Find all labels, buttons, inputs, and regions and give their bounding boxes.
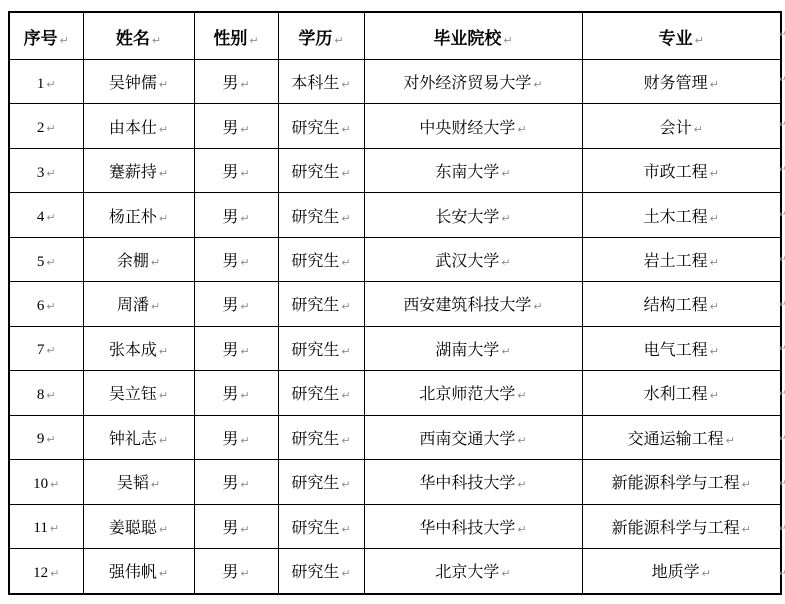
- header-cell-school: 毕业院校↵: [364, 12, 582, 60]
- cell-value: 岩土工程: [644, 253, 708, 270]
- paragraph-mark-icon: ↵: [334, 34, 343, 47]
- table-row: 8↵吴立钰↵男↵研究生↵北京师范大学↵水利工程↵: [9, 371, 781, 415]
- paragraph-mark-icon: ↵: [249, 34, 258, 47]
- cell-value: 蹇薪持: [109, 164, 157, 181]
- row-end-mark-icon: ↵: [779, 569, 785, 579]
- cell-value: 华中科技大学: [419, 520, 515, 537]
- cell-school: 中央财经大学↵: [364, 104, 582, 148]
- cell-value: 男: [222, 564, 238, 581]
- graduates-table: 序号↵姓名↵性别↵学历↵毕业院校↵专业↵ 1↵吴钟儒↵男↵本科生↵对外经济贸易大…: [8, 11, 782, 595]
- paragraph-mark-icon: ↵: [501, 345, 510, 358]
- paragraph-mark-icon: ↵: [46, 167, 55, 180]
- paragraph-mark-icon: ↵: [50, 522, 59, 535]
- cell-school: 长安大学↵: [364, 193, 582, 237]
- paragraph-mark-icon: ↵: [710, 256, 719, 269]
- paragraph-mark-icon: ↵: [46, 256, 55, 269]
- cell-value: 东南大学: [435, 164, 499, 181]
- paragraph-mark-icon: ↵: [702, 567, 711, 580]
- cell-school: 对外经济贸易大学↵: [364, 60, 582, 104]
- cell-degree: 研究生↵: [278, 460, 364, 504]
- cell-degree: 研究生↵: [278, 548, 364, 594]
- cell-index: 11↵: [9, 504, 83, 548]
- paragraph-mark-icon: ↵: [151, 478, 160, 491]
- cell-value: 吴立钰: [109, 386, 157, 403]
- cell-value: 对外经济贸易大学: [403, 75, 531, 92]
- header-label-index: 序号: [24, 29, 58, 48]
- cell-value: 北京师范大学: [419, 386, 515, 403]
- cell-value: 8: [37, 387, 45, 403]
- paragraph-mark-icon: ↵: [159, 523, 168, 536]
- cell-name: 钟礼志↵: [83, 415, 194, 459]
- cell-value: 5: [37, 254, 45, 270]
- paragraph-mark-icon: ↵: [341, 389, 350, 402]
- cell-value: 市政工程: [644, 164, 708, 181]
- cell-value: 余棚: [117, 253, 149, 270]
- cell-name: 张本成↵: [83, 326, 194, 370]
- cell-value: 西安建筑科技大学: [403, 297, 531, 314]
- cell-gender: 男↵: [194, 282, 278, 326]
- cell-degree: 研究生↵: [278, 282, 364, 326]
- cell-value: 12: [33, 565, 48, 581]
- cell-school: 华中科技大学↵: [364, 460, 582, 504]
- cell-school: 湖南大学↵: [364, 326, 582, 370]
- paragraph-mark-icon: ↵: [710, 300, 719, 313]
- cell-value: 男: [222, 164, 238, 181]
- cell-gender: 男↵: [194, 371, 278, 415]
- row-end-mark-icon: ↵: [779, 30, 785, 40]
- paragraph-mark-icon: ↵: [159, 567, 168, 580]
- paragraph-mark-icon: ↵: [501, 567, 510, 580]
- table-row: 1↵吴钟儒↵男↵本科生↵对外经济贸易大学↵财务管理↵: [9, 60, 781, 104]
- row-end-mark-icon: ↵: [779, 120, 785, 130]
- cell-value: 研究生: [291, 520, 339, 537]
- paragraph-mark-icon: ↵: [341, 434, 350, 447]
- table-row: 12↵强伟帆↵男↵研究生↵北京大学↵地质学↵: [9, 548, 781, 594]
- cell-value: 北京大学: [435, 564, 499, 581]
- paragraph-mark-icon: ↵: [517, 478, 526, 491]
- cell-value: 会计: [660, 120, 692, 137]
- cell-value: 湖南大学: [435, 342, 499, 359]
- paragraph-mark-icon: ↵: [710, 167, 719, 180]
- cell-value: 男: [222, 431, 238, 448]
- cell-value: 男: [222, 297, 238, 314]
- cell-value: 男: [222, 75, 238, 92]
- cell-degree: 研究生↵: [278, 193, 364, 237]
- cell-index: 10↵: [9, 460, 83, 504]
- table-body: 1↵吴钟儒↵男↵本科生↵对外经济贸易大学↵财务管理↵2↵由本仕↵男↵研究生↵中央…: [9, 60, 781, 595]
- cell-index: 3↵: [9, 148, 83, 192]
- cell-degree: 研究生↵: [278, 104, 364, 148]
- paragraph-mark-icon: ↵: [240, 123, 249, 136]
- row-end-mark-icon: ↵: [779, 300, 785, 310]
- cell-gender: 男↵: [194, 415, 278, 459]
- cell-value: 新能源科学与工程: [612, 475, 740, 492]
- cell-value: 男: [222, 253, 238, 270]
- cell-value: 地质学: [652, 564, 700, 581]
- cell-gender: 男↵: [194, 193, 278, 237]
- paragraph-mark-icon: ↵: [46, 389, 55, 402]
- cell-school: 华中科技大学↵: [364, 504, 582, 548]
- cell-index: 1↵: [9, 60, 83, 104]
- header-label-major: 专业: [659, 29, 693, 48]
- cell-major: 新能源科学与工程↵: [582, 504, 781, 548]
- cell-value: 吴钟儒: [109, 75, 157, 92]
- table-row: 6↵周潘↵男↵研究生↵西安建筑科技大学↵结构工程↵: [9, 282, 781, 326]
- header-label-gender: 性别: [213, 29, 247, 48]
- cell-major: 电气工程↵: [582, 326, 781, 370]
- row-end-mark-icon: ↵: [779, 389, 785, 399]
- cell-degree: 研究生↵: [278, 148, 364, 192]
- cell-value: 研究生: [291, 386, 339, 403]
- cell-school: 北京大学↵: [364, 548, 582, 594]
- cell-value: 财务管理: [644, 75, 708, 92]
- paragraph-mark-icon: ↵: [695, 34, 704, 47]
- cell-value: 周潘: [117, 297, 149, 314]
- paragraph-mark-icon: ↵: [710, 78, 719, 91]
- cell-name: 强伟帆↵: [83, 548, 194, 594]
- cell-value: 研究生: [291, 120, 339, 137]
- cell-value: 强伟帆: [109, 564, 157, 581]
- cell-value: 1: [37, 76, 45, 92]
- paragraph-mark-icon: ↵: [710, 345, 719, 358]
- cell-major: 会计↵: [582, 104, 781, 148]
- paragraph-mark-icon: ↵: [341, 523, 350, 536]
- cell-value: 吴韬: [117, 475, 149, 492]
- cell-index: 7↵: [9, 326, 83, 370]
- paragraph-mark-icon: ↵: [726, 434, 735, 447]
- cell-major: 岩土工程↵: [582, 237, 781, 281]
- cell-major: 水利工程↵: [582, 371, 781, 415]
- paragraph-mark-icon: ↵: [742, 478, 751, 491]
- paragraph-mark-icon: ↵: [341, 212, 350, 225]
- cell-name: 由本仕↵: [83, 104, 194, 148]
- cell-index: 2↵: [9, 104, 83, 148]
- cell-gender: 男↵: [194, 104, 278, 148]
- cell-index: 5↵: [9, 237, 83, 281]
- cell-school: 东南大学↵: [364, 148, 582, 192]
- paragraph-mark-icon: ↵: [341, 78, 350, 91]
- paragraph-mark-icon: ↵: [159, 389, 168, 402]
- cell-value: 本科生: [291, 75, 339, 92]
- cell-value: 7: [37, 342, 45, 358]
- cell-value: 新能源科学与工程: [612, 520, 740, 537]
- cell-school: 北京师范大学↵: [364, 371, 582, 415]
- cell-value: 男: [222, 520, 238, 537]
- paragraph-mark-icon: ↵: [341, 300, 350, 313]
- cell-name: 余棚↵: [83, 237, 194, 281]
- cell-value: 研究生: [291, 431, 339, 448]
- paragraph-mark-icon: ↵: [240, 256, 249, 269]
- cell-value: 武汉大学: [435, 253, 499, 270]
- table-row: 11↵姜聪聪↵男↵研究生↵华中科技大学↵新能源科学与工程↵: [9, 504, 781, 548]
- table-row: 7↵张本成↵男↵研究生↵湖南大学↵电气工程↵: [9, 326, 781, 370]
- paragraph-mark-icon: ↵: [710, 389, 719, 402]
- paragraph-mark-icon: ↵: [159, 123, 168, 136]
- header-cell-degree: 学历↵: [278, 12, 364, 60]
- cell-value: 男: [222, 342, 238, 359]
- header-row: 序号↵姓名↵性别↵学历↵毕业院校↵专业↵: [9, 12, 781, 60]
- cell-degree: 本科生↵: [278, 60, 364, 104]
- cell-degree: 研究生↵: [278, 326, 364, 370]
- cell-index: 9↵: [9, 415, 83, 459]
- table-row: 5↵余棚↵男↵研究生↵武汉大学↵岩土工程↵: [9, 237, 781, 281]
- cell-value: 电气工程: [644, 342, 708, 359]
- cell-value: 男: [222, 475, 238, 492]
- table-head: 序号↵姓名↵性别↵学历↵毕业院校↵专业↵: [9, 12, 781, 60]
- paragraph-mark-icon: ↵: [533, 300, 542, 313]
- paragraph-mark-icon: ↵: [501, 212, 510, 225]
- paragraph-mark-icon: ↵: [46, 78, 55, 91]
- header-cell-name: 姓名↵: [83, 12, 194, 60]
- cell-major: 土木工程↵: [582, 193, 781, 237]
- paragraph-mark-icon: ↵: [341, 256, 350, 269]
- paragraph-mark-icon: ↵: [517, 523, 526, 536]
- cell-major: 市政工程↵: [582, 148, 781, 192]
- cell-name: 吴立钰↵: [83, 371, 194, 415]
- cell-value: 11: [33, 520, 47, 536]
- cell-gender: 男↵: [194, 460, 278, 504]
- paragraph-mark-icon: ↵: [240, 212, 249, 225]
- paragraph-mark-icon: ↵: [46, 300, 55, 313]
- cell-value: 研究生: [291, 564, 339, 581]
- cell-value: 钟礼志: [109, 431, 157, 448]
- paragraph-mark-icon: ↵: [501, 256, 510, 269]
- cell-value: 杨正朴: [109, 209, 157, 226]
- paragraph-mark-icon: ↵: [742, 523, 751, 536]
- cell-gender: 男↵: [194, 148, 278, 192]
- cell-major: 交通运输工程↵: [582, 415, 781, 459]
- paragraph-mark-icon: ↵: [503, 34, 512, 47]
- header-label-name: 姓名: [116, 29, 150, 48]
- paragraph-mark-icon: ↵: [46, 122, 55, 135]
- paragraph-mark-icon: ↵: [46, 433, 55, 446]
- cell-gender: 男↵: [194, 60, 278, 104]
- cell-value: 男: [222, 386, 238, 403]
- cell-value: 10: [33, 476, 48, 492]
- cell-gender: 男↵: [194, 504, 278, 548]
- table-row: 3↵蹇薪持↵男↵研究生↵东南大学↵市政工程↵: [9, 148, 781, 192]
- cell-value: 由本仕: [109, 120, 157, 137]
- cell-value: 3: [37, 165, 45, 181]
- cell-value: 长安大学: [435, 209, 499, 226]
- cell-gender: 男↵: [194, 326, 278, 370]
- paragraph-mark-icon: ↵: [159, 434, 168, 447]
- cell-value: 结构工程: [644, 297, 708, 314]
- cell-school: 西安建筑科技大学↵: [364, 282, 582, 326]
- row-end-mark-icon: ↵: [779, 165, 785, 175]
- cell-gender: 男↵: [194, 237, 278, 281]
- cell-index: 8↵: [9, 371, 83, 415]
- cell-name: 杨正朴↵: [83, 193, 194, 237]
- cell-name: 吴韬↵: [83, 460, 194, 504]
- cell-value: 西南交通大学: [419, 431, 515, 448]
- paragraph-mark-icon: ↵: [159, 78, 168, 91]
- row-end-mark-icon: ↵: [779, 524, 785, 534]
- row-end-mark-icon: ↵: [779, 210, 785, 220]
- row-end-mark-icon: ↵: [779, 434, 785, 444]
- cell-name: 吴钟儒↵: [83, 60, 194, 104]
- paragraph-mark-icon: ↵: [151, 300, 160, 313]
- cell-gender: 男↵: [194, 548, 278, 594]
- paragraph-mark-icon: ↵: [151, 256, 160, 269]
- cell-major: 地质学↵: [582, 548, 781, 594]
- row-end-mark-icon: ↵: [779, 255, 785, 265]
- paragraph-mark-icon: ↵: [341, 478, 350, 491]
- cell-name: 周潘↵: [83, 282, 194, 326]
- paragraph-mark-icon: ↵: [50, 567, 59, 580]
- cell-value: 中央财经大学: [419, 120, 515, 137]
- cell-index: 12↵: [9, 548, 83, 594]
- paragraph-mark-icon: ↵: [240, 567, 249, 580]
- cell-value: 2: [37, 120, 45, 136]
- paragraph-mark-icon: ↵: [517, 434, 526, 447]
- paragraph-mark-icon: ↵: [152, 34, 161, 47]
- paragraph-mark-icon: ↵: [159, 167, 168, 180]
- table-row: 4↵杨正朴↵男↵研究生↵长安大学↵土木工程↵: [9, 193, 781, 237]
- cell-value: 研究生: [291, 164, 339, 181]
- header-cell-index: 序号↵: [9, 12, 83, 60]
- paragraph-mark-icon: ↵: [341, 123, 350, 136]
- table-row: 10↵吴韬↵男↵研究生↵华中科技大学↵新能源科学与工程↵: [9, 460, 781, 504]
- paragraph-mark-icon: ↵: [240, 523, 249, 536]
- paragraph-mark-icon: ↵: [694, 123, 703, 136]
- paragraph-mark-icon: ↵: [240, 167, 249, 180]
- paragraph-mark-icon: ↵: [159, 345, 168, 358]
- row-end-mark-icon: ↵: [779, 479, 785, 489]
- cell-degree: 研究生↵: [278, 371, 364, 415]
- paragraph-mark-icon: ↵: [517, 123, 526, 136]
- cell-index: 6↵: [9, 282, 83, 326]
- cell-value: 华中科技大学: [419, 475, 515, 492]
- paragraph-mark-icon: ↵: [240, 434, 249, 447]
- cell-index: 4↵: [9, 193, 83, 237]
- paragraph-mark-icon: ↵: [240, 345, 249, 358]
- paragraph-mark-icon: ↵: [710, 212, 719, 225]
- cell-school: 武汉大学↵: [364, 237, 582, 281]
- cell-name: 蹇薪持↵: [83, 148, 194, 192]
- cell-value: 6: [37, 298, 45, 314]
- cell-value: 研究生: [291, 253, 339, 270]
- paragraph-mark-icon: ↵: [341, 167, 350, 180]
- header-label-school: 毕业院校: [433, 29, 501, 48]
- row-end-mark-icon: ↵: [779, 75, 785, 85]
- cell-major: 财务管理↵: [582, 60, 781, 104]
- cell-value: 土木工程: [644, 209, 708, 226]
- paragraph-mark-icon: ↵: [159, 212, 168, 225]
- paragraph-mark-icon: ↵: [501, 167, 510, 180]
- header-label-degree: 学历: [298, 29, 332, 48]
- paragraph-mark-icon: ↵: [240, 300, 249, 313]
- paragraph-mark-icon: ↵: [240, 478, 249, 491]
- paragraph-mark-icon: ↵: [240, 389, 249, 402]
- cell-value: 研究生: [291, 209, 339, 226]
- cell-value: 交通运输工程: [628, 431, 724, 448]
- cell-value: 水利工程: [644, 386, 708, 403]
- cell-value: 男: [222, 120, 238, 137]
- table-row: 9↵钟礼志↵男↵研究生↵西南交通大学↵交通运输工程↵: [9, 415, 781, 459]
- paragraph-mark-icon: ↵: [341, 345, 350, 358]
- paragraph-mark-icon: ↵: [240, 78, 249, 91]
- row-end-mark-icon: ↵: [779, 344, 785, 354]
- paragraph-mark-icon: ↵: [50, 478, 59, 491]
- cell-value: 研究生: [291, 475, 339, 492]
- cell-degree: 研究生↵: [278, 504, 364, 548]
- cell-school: 西南交通大学↵: [364, 415, 582, 459]
- paragraph-mark-icon: ↵: [60, 34, 69, 47]
- paragraph-mark-icon: ↵: [517, 389, 526, 402]
- cell-major: 新能源科学与工程↵: [582, 460, 781, 504]
- cell-value: 9: [37, 431, 45, 447]
- cell-value: 姜聪聪: [109, 520, 157, 537]
- cell-value: 研究生: [291, 342, 339, 359]
- cell-value: 4: [37, 209, 45, 225]
- header-cell-gender: 性别↵: [194, 12, 278, 60]
- cell-name: 姜聪聪↵: [83, 504, 194, 548]
- table-row: 2↵由本仕↵男↵研究生↵中央财经大学↵会计↵: [9, 104, 781, 148]
- cell-value: 研究生: [291, 297, 339, 314]
- header-cell-major: 专业↵: [582, 12, 781, 60]
- cell-major: 结构工程↵: [582, 282, 781, 326]
- paragraph-mark-icon: ↵: [341, 567, 350, 580]
- cell-degree: 研究生↵: [278, 415, 364, 459]
- cell-value: 张本成: [109, 342, 157, 359]
- paragraph-mark-icon: ↵: [533, 78, 542, 91]
- cell-value: 男: [222, 209, 238, 226]
- document-page: 序号↵姓名↵性别↵学历↵毕业院校↵专业↵ 1↵吴钟儒↵男↵本科生↵对外经济贸易大…: [0, 0, 785, 604]
- paragraph-mark-icon: ↵: [46, 211, 55, 224]
- paragraph-mark-icon: ↵: [46, 344, 55, 357]
- cell-degree: 研究生↵: [278, 237, 364, 281]
